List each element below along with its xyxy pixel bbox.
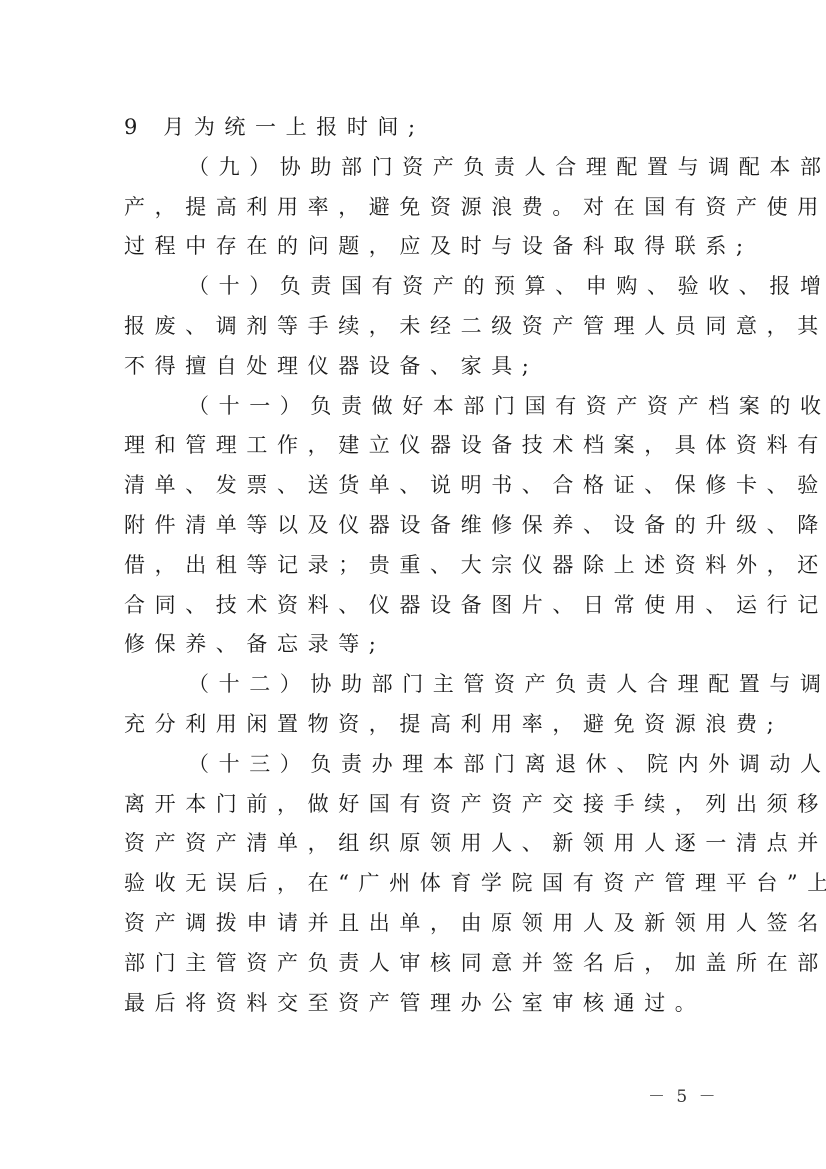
- paragraph-nine-start: （九）协助部门资产负责人合理配置与调配本部门的资: [124, 148, 724, 188]
- text-line: 产，提高利用率，避免资源浪费。对在国有资产使用、管理: [124, 188, 724, 228]
- paragraph-twelve-start: （十二）协助部门主管资产负责人合理配置与调配资产，: [124, 665, 724, 705]
- text-line: 部门主管资产负责人审核同意并签名后，加盖所在部门公章，: [124, 944, 724, 984]
- text-line: 借，出租等记录；贵重、大宗仪器除上述资料外，还需购置: [124, 546, 724, 586]
- text-line: 资产资产清单，组织原领用人、新领用人逐一清点并验收。: [124, 824, 724, 864]
- body-text: 9 月为统一上报时间; （九）协助部门资产负责人合理配置与调配本部门的资 产，提…: [124, 108, 724, 1023]
- text-line: 过程中存在的问题，应及时与设备科取得联系;: [124, 227, 724, 267]
- paragraph-ten-start: （十）负责国有资产的预算、申购、验收、报增、领用、: [124, 267, 724, 307]
- page-number: － 5 －: [648, 1082, 719, 1107]
- text-line: 最后将资料交至资产管理办公室审核通过。: [124, 984, 724, 1024]
- text-line: 报废、调剂等手续，未经二级资产管理人员同意，其他人员: [124, 307, 724, 347]
- text-line: 9 月为统一上报时间;: [124, 108, 724, 148]
- text-line: 清单、发票、送货单、说明书、合格证、保修卡、验收报告，: [124, 466, 724, 506]
- text-line: 修保养、备忘录等;: [124, 625, 724, 665]
- text-line: 理和管理工作，建立仪器设备技术档案，具体资料有：申购: [124, 426, 724, 466]
- paragraph-thirteen-start: （十三）负责办理本部门离退休、院内外调动人员，在: [124, 745, 724, 785]
- text-line: 合同、技术资料、仪器设备图片、日常使用、运行记录、维: [124, 586, 724, 626]
- paragraph-eleven-start: （十一）负责做好本部门国有资产资产档案的收集、整: [124, 387, 724, 427]
- text-line: 验收无误后，在“广州体育学院国有资产管理平台”上进行: [124, 864, 724, 904]
- text-line: 附件清单等以及仪器设备维修保养、设备的升级、降级、出: [124, 506, 724, 546]
- document-page: 9 月为统一上报时间; （九）协助部门资产负责人合理配置与调配本部门的资 产，提…: [0, 0, 826, 1169]
- text-line: 充分利用闲置物资，提高利用率，避免资源浪费;: [124, 705, 724, 745]
- text-line: 资产调拨申请并且出单，由原领用人及新领用人签名确认，: [124, 904, 724, 944]
- text-line: 离开本门前，做好国有资产资产交接手续，列出须移交国有: [124, 785, 724, 825]
- text-line: 不得擅自处理仪器设备、家具;: [124, 347, 724, 387]
